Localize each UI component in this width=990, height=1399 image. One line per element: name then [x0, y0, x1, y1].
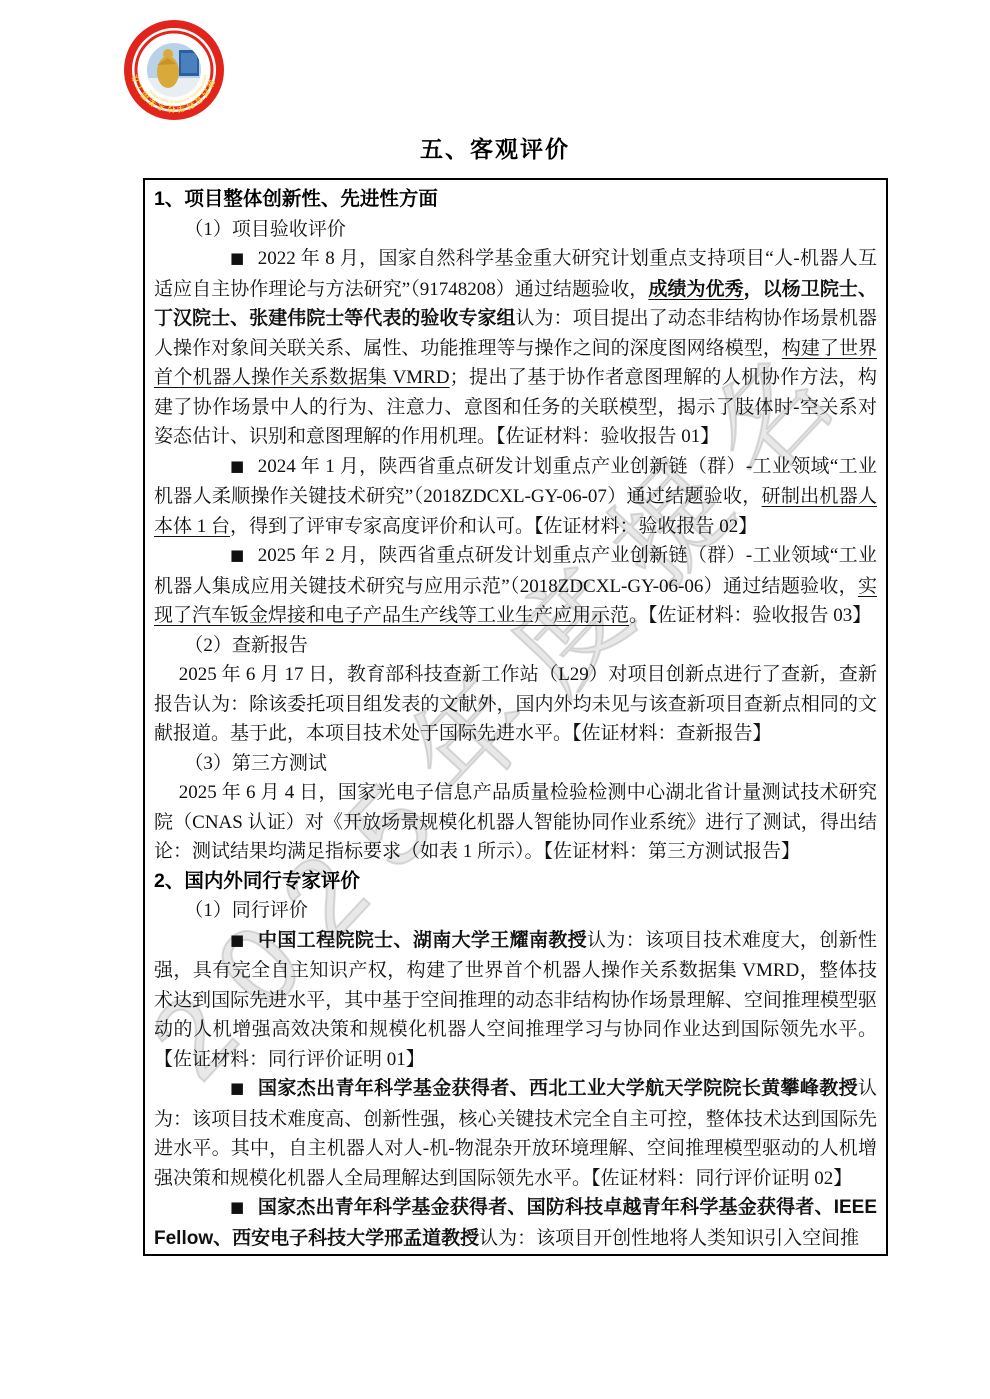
section-heading: 2、国内外同行专家评价 — [154, 867, 877, 897]
text-run: 中国工程院院士、湖南大学王耀南教授 — [258, 930, 587, 951]
paragraph: ■2025 年 2 月，陕西省重点研发计划重点产业创新链（群）-工业领域“工业机… — [154, 541, 877, 631]
bullet-square-icon: ■ — [192, 1074, 244, 1104]
text-run: ，得到了评审专家高度评价和认可。【佐证材料：验收报告 02】 — [230, 516, 757, 537]
text-run: 国家杰出青年科学基金获得者、西北工业大学航天学院院长黄攀峰教授 — [258, 1078, 858, 1099]
text-run: 。【佐证材料：验收报告 03】 — [629, 605, 871, 626]
bullet-square-icon: ■ — [192, 244, 244, 274]
bullet-square-icon: ■ — [192, 452, 244, 482]
text-run: 2025 年 6 月 4 日，国家光电子信息产品质量检验检测中心湖北省计量测试技… — [154, 782, 877, 862]
evaluation-table: 1、项目整体创新性、先进性方面（1）项目验收评价■2022 年 8 月，国家自然… — [143, 178, 888, 1256]
text-run: 2025 年 2 月，陕西省重点研发计划重点产业创新链（群）-工业领域“工业机器… — [154, 545, 877, 597]
seal-photo — [147, 43, 201, 97]
text-run: 2025 年 6 月 17 日，教育部科技查新工作站（L29）对项目创新点进行了… — [154, 664, 877, 744]
text-run: 成绩为优秀 — [648, 279, 743, 300]
paragraph: ■2022 年 8 月，国家自然科学基金重大研究计划重点支持项目“人-机器人互适… — [154, 244, 877, 452]
subsection-heading: （2）查新报告 — [154, 631, 877, 661]
subsection-heading: （1）同行评价 — [154, 896, 877, 926]
section-heading: 1、项目整体创新性、先进性方面 — [154, 185, 877, 215]
bullet-square-icon: ■ — [192, 1193, 244, 1223]
document-page: 陕西省科学技术奖励工作办公室 Shaanxi Office Of Science… — [0, 0, 990, 1399]
paragraph: ■国家杰出青年科学基金获得者、国防科技卓越青年科学基金获得者、IEEE Fell… — [154, 1193, 877, 1253]
subsection-heading: （1）项目验收评价 — [154, 215, 877, 245]
bullet-square-icon: ■ — [192, 926, 244, 956]
bullet-square-icon: ■ — [192, 541, 244, 571]
paragraph: ■国家杰出青年科学基金获得者、西北工业大学航天学院院长黄攀峰教授认为：该项目技术… — [154, 1074, 877, 1193]
org-seal-icon: 陕西省科学技术奖励工作办公室 Shaanxi Office Of Science… — [124, 20, 224, 120]
page-title: 五、客观评价 — [0, 131, 990, 164]
paragraph: ■中国工程院院士、湖南大学王耀南教授认为：该项目技术难度大，创新性强，具有完全自… — [154, 926, 877, 1075]
paragraph: 2025 年 6 月 17 日，教育部科技查新工作站（L29）对项目创新点进行了… — [154, 660, 877, 749]
text-run: 认为：该项目开创性地将人类知识引入空间推 — [479, 1228, 859, 1249]
paragraph: ■2024 年 1 月，陕西省重点研发计划重点产业创新链（群）-工业领域“工业机… — [154, 452, 877, 542]
paragraph: 2025 年 6 月 4 日，国家光电子信息产品质量检验检测中心湖北省计量测试技… — [154, 778, 877, 867]
subsection-heading: （3）第三方测试 — [154, 749, 877, 779]
